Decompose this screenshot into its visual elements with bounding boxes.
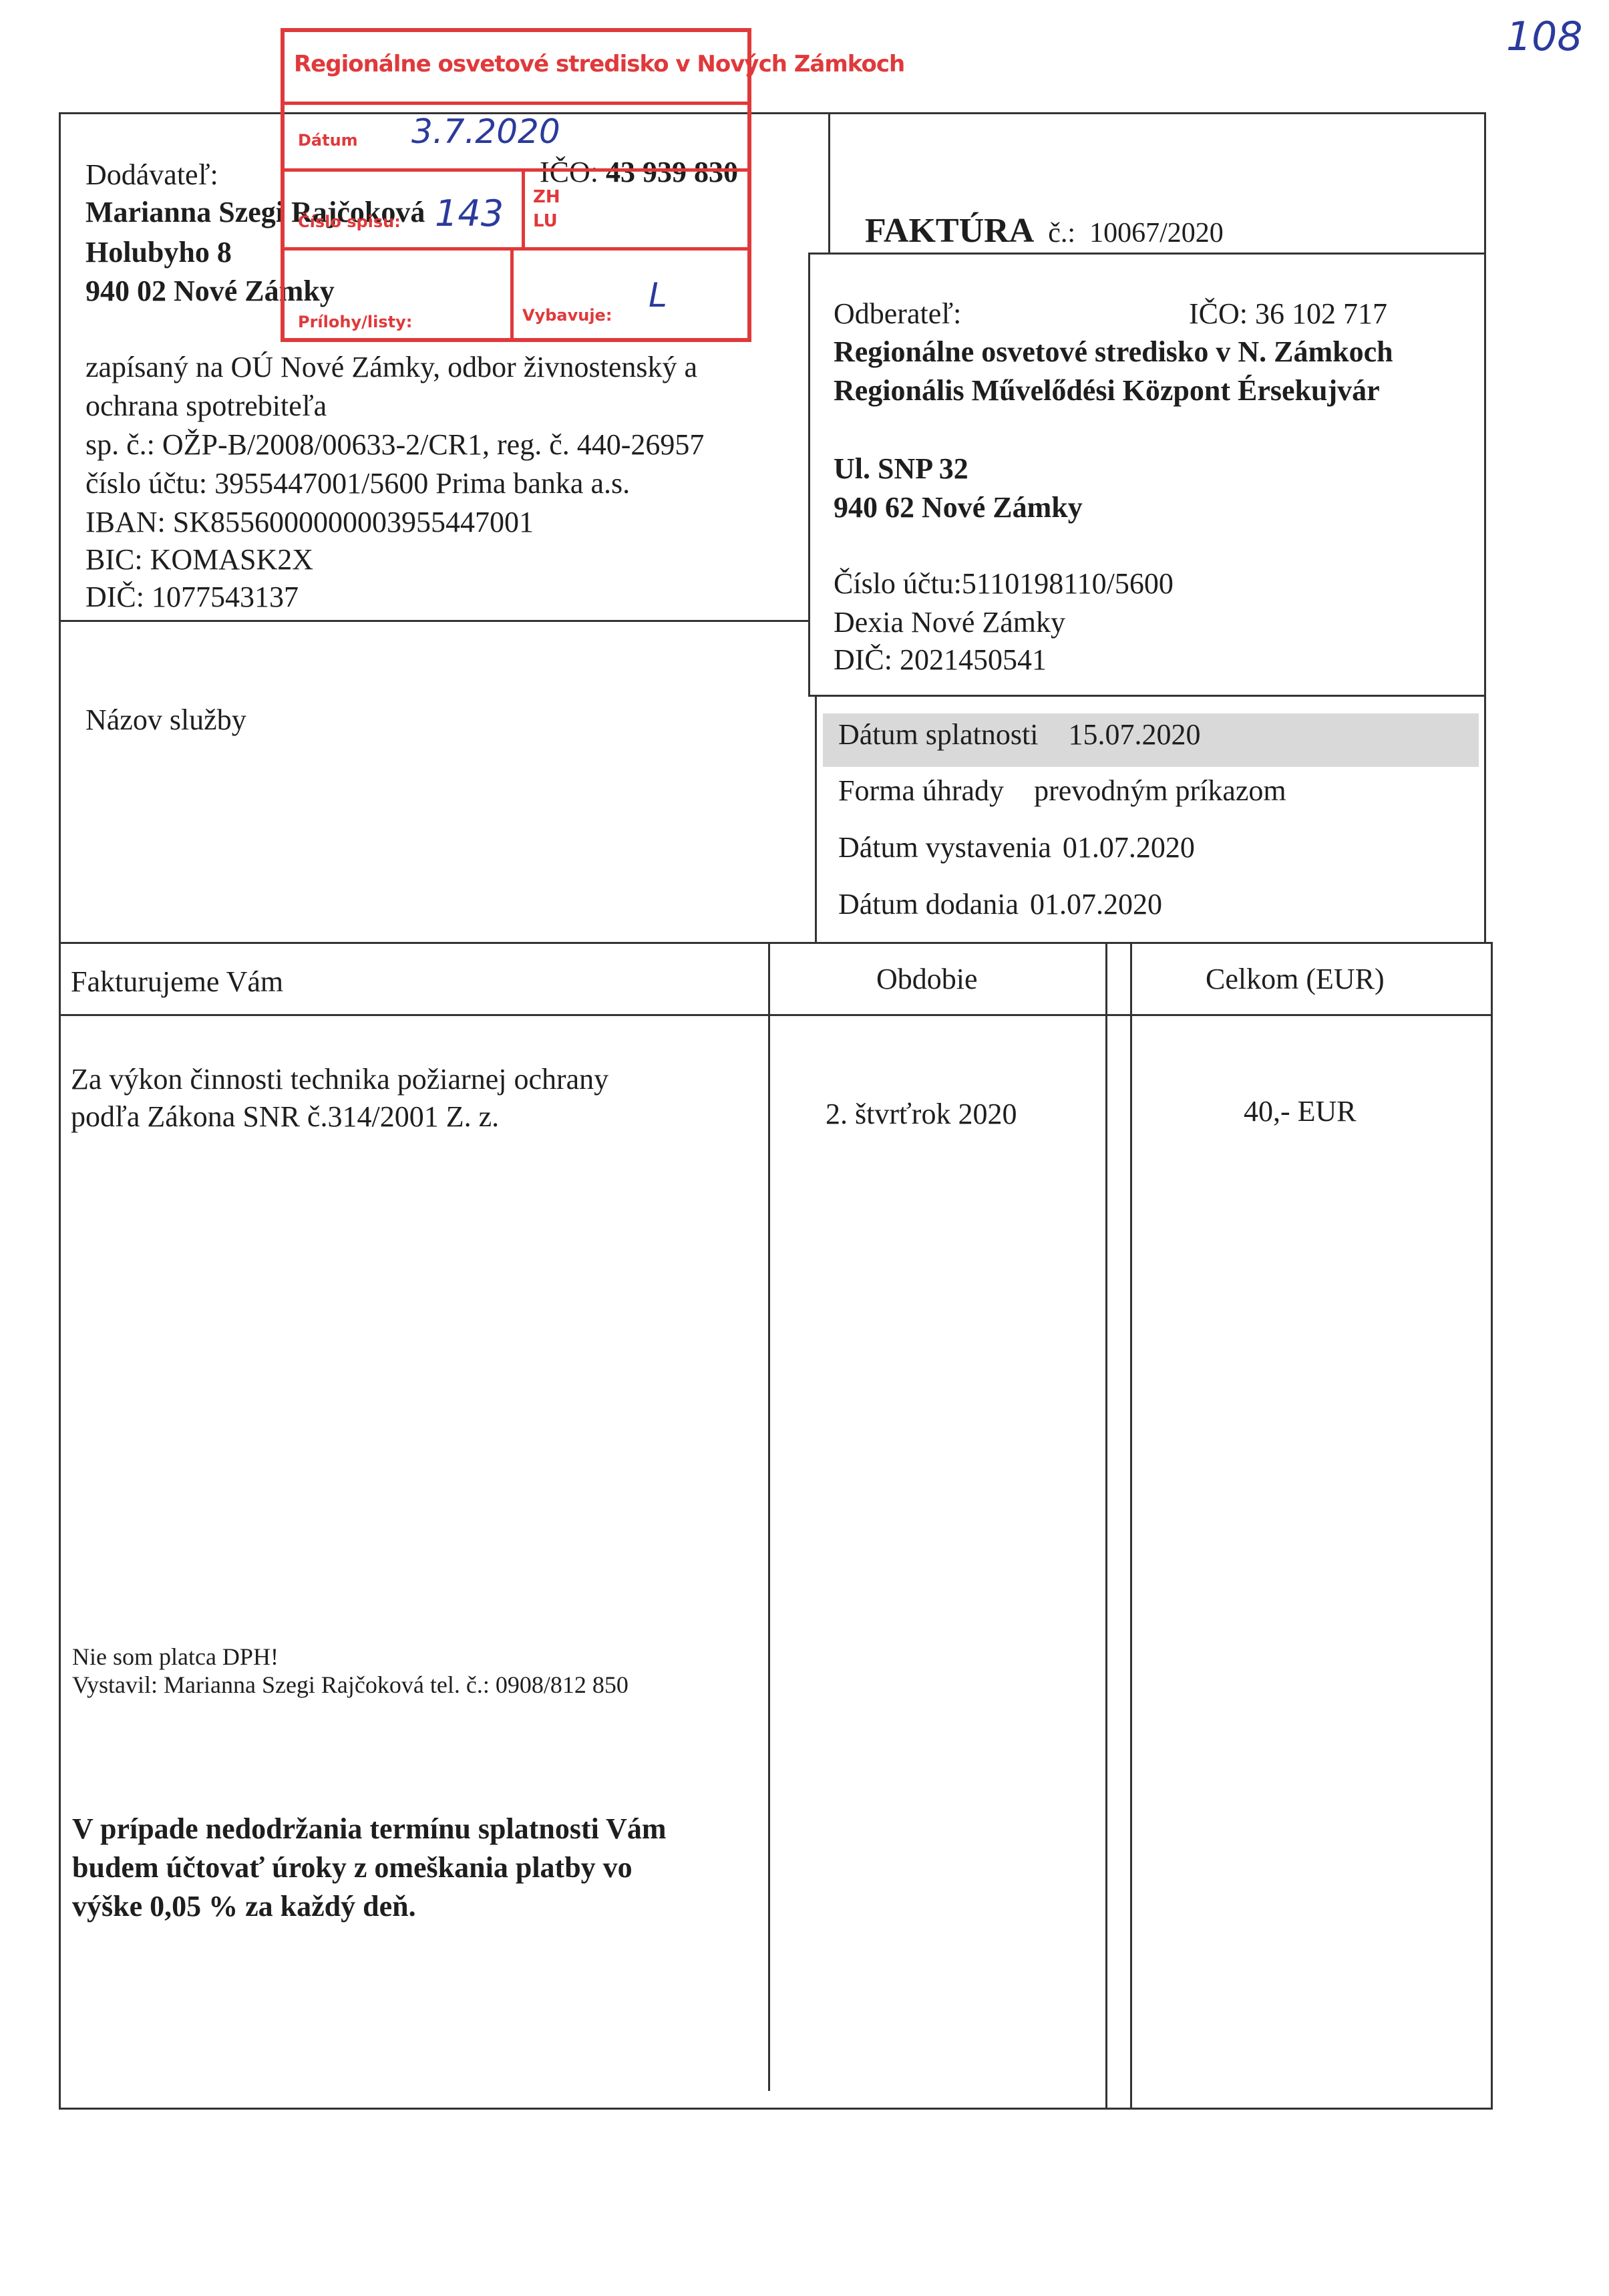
service-name-label: Názov služby [85, 705, 246, 735]
table-row-total: 40,- EUR [1244, 1097, 1357, 1126]
issued-by: Vystavil: Marianna Szegi Rajčoková tel. … [72, 1673, 629, 1697]
table-row-description-line: podľa Zákona SNR č.314/2001 Z. z. [71, 1102, 499, 1132]
table-header-description: Fakturujeme Vám [71, 967, 283, 997]
customer-label: Odberateľ: [834, 299, 961, 329]
table-header-bottom [59, 1014, 1493, 1016]
supplier-registration-line: sp. č.: OŽP-B/2008/00633-2/CR1, reg. č. … [85, 430, 704, 460]
supplier-right-divider [828, 112, 830, 254]
delivery-date: Dátum dodania 01.07.2020 [838, 890, 1162, 919]
issue-date: Dátum vystavenia 01.07.2020 [838, 833, 1195, 862]
table-row-period: 2. štvrťrok 2020 [826, 1100, 1017, 1129]
table-bottom [59, 2108, 1493, 2110]
stamp-handler-label: Vybavuje: [522, 306, 612, 325]
supplier-label: Dodávateľ: [85, 160, 218, 190]
supplier-account: číslo účtu: 3955447001/5600 Prima banka … [85, 469, 630, 498]
supplier-registration-line: zapísaný na OÚ Nové Zámky, odbor živnost… [85, 353, 697, 382]
stamp-file-label: Číslo spisu: [298, 212, 401, 231]
registry-stamp: Regionálne osvetové stredisko v Nových Z… [281, 28, 751, 342]
handwritten-page-number: 108 [1506, 13, 1583, 60]
stamp-divider [522, 168, 525, 249]
payment-method-label: Forma úhrady [838, 774, 1004, 807]
delivery-date-value: 01.07.2020 [1030, 888, 1162, 921]
stamp-date-label: Dátum [298, 131, 358, 150]
stamp-date-value: 3.7.2020 [411, 112, 560, 151]
table-row-description-line: Za výkon činnosti technika požiarnej och… [71, 1065, 608, 1094]
table-header-total: Celkom (EUR) [1206, 965, 1385, 994]
table-right [1491, 942, 1493, 2110]
table-col-divider-2b [1130, 942, 1132, 2108]
supplier-iban: IBAN: SK8556000000003955447001 [85, 508, 534, 537]
table-col-divider-2a [1105, 942, 1107, 2108]
supplier-dic: DIČ: 1077543137 [85, 583, 299, 612]
stamp-divider [285, 168, 747, 172]
stamp-divider [285, 102, 747, 105]
issue-date-value: 01.07.2020 [1063, 831, 1195, 864]
frame-left [59, 112, 61, 2110]
stamp-divider [285, 247, 747, 251]
frame-top-right [828, 112, 1486, 114]
stamp-handler-value: L [649, 276, 667, 315]
table-header-period: Obdobie [876, 965, 978, 994]
due-date: Dátum splatnosti 15.07.2020 [838, 720, 1200, 750]
delivery-date-label: Dátum dodania [838, 888, 1019, 921]
supplier-bottom-divider [59, 620, 810, 622]
customer-city: 940 62 Nové Zámky [834, 493, 1083, 522]
customer-bottom [808, 695, 1486, 697]
penalty-notice-line: V prípade nedodržania termínu splatnosti… [72, 1814, 666, 1844]
payment-method: Forma úhrady prevodným príkazom [838, 776, 1286, 806]
stamp-title: Regionálne osvetové stredisko v Nových Z… [294, 51, 904, 77]
payment-method-value: prevodným príkazom [1034, 774, 1286, 807]
supplier-bic: BIC: KOMASK2X [85, 545, 313, 575]
issue-date-label: Dátum vystavenia [838, 831, 1051, 864]
customer-dic: DIČ: 2021450541 [834, 645, 1047, 675]
supplier-street: Holubyho 8 [85, 238, 232, 267]
invoice-number-label: č.: [1048, 218, 1075, 249]
table-col-divider-1 [768, 942, 770, 2091]
penalty-notice-line: budem účtovať úroky z omeškania platby v… [72, 1853, 633, 1882]
invoice-number: 10067/2020 [1089, 218, 1224, 249]
due-date-value: 15.07.2020 [1068, 718, 1200, 751]
stamp-file-value: 143 [435, 192, 504, 234]
invoice-box-bottom [808, 253, 1486, 255]
customer-right [1484, 253, 1486, 944]
stamp-dept-code: LU [533, 211, 558, 231]
customer-account: Číslo účtu:5110198110/5600 [834, 569, 1174, 599]
vat-note: Nie som platca DPH! [72, 1645, 279, 1669]
customer-name-hu: Regionális Művelődési Központ Érsekujvár [834, 376, 1380, 405]
invoice-title-label: FAKTÚRA [865, 212, 1034, 250]
customer-street: Ul. SNP 32 [834, 454, 968, 484]
customer-left [808, 253, 810, 695]
stamp-dept-code: ZH [533, 187, 560, 207]
invoice-title: FAKTÚRA č.: 10067/2020 [865, 214, 1224, 249]
customer-name-sk: Regionálne osvetové stredisko v N. Zámko… [834, 337, 1393, 367]
dates-left [815, 695, 817, 943]
supplier-registration-line: ochrana spotrebiteľa [85, 391, 327, 421]
customer-bank: Dexia Nové Zámky [834, 608, 1065, 637]
penalty-notice-line: výške 0,05 % za každý deň. [72, 1892, 416, 1921]
frame-right-top [1484, 112, 1486, 254]
due-date-label: Dátum splatnosti [838, 718, 1038, 751]
table-top [59, 942, 1493, 944]
stamp-attachments-label: Prílohy/listy: [298, 313, 412, 331]
customer-ico: IČO: 36 102 717 [1189, 299, 1387, 329]
stamp-divider [510, 247, 514, 342]
